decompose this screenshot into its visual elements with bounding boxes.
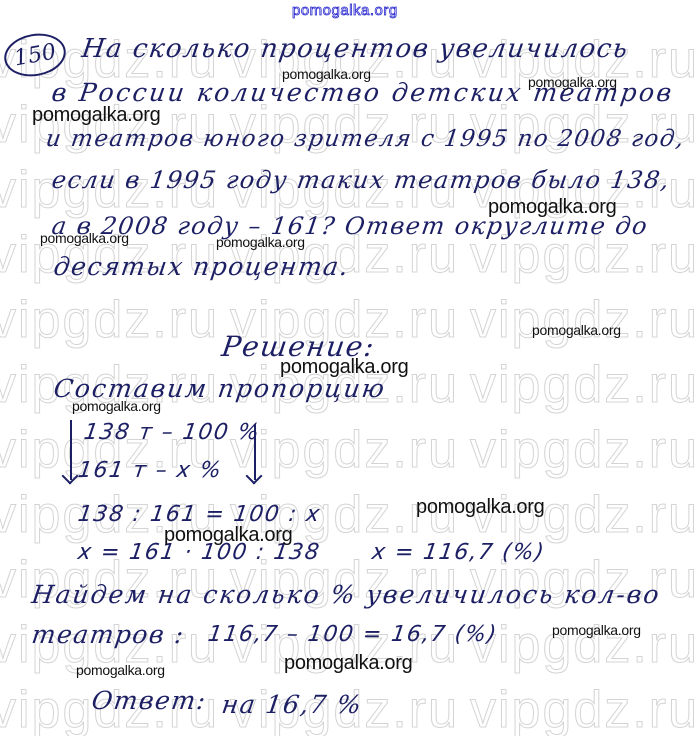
- overlay-watermark: pomogalka.org: [528, 74, 617, 90]
- problem-statement-line: если в 1995 году таких театров было 138,: [50, 166, 672, 194]
- overlay-watermark: pomogalka.org: [416, 496, 544, 519]
- overlay-watermark: pomogalka.org: [72, 398, 161, 414]
- overlay-watermark: pomogalka.org: [284, 652, 412, 675]
- background-watermark: vipgdz.ru: [470, 680, 699, 736]
- overlay-watermark: pomogalka.org: [552, 622, 641, 638]
- overlay-watermark: pomogalka.org: [32, 104, 160, 127]
- overlay-watermark: pomogalka.org: [76, 662, 165, 678]
- overlay-watermark: pomogalka.org: [282, 66, 371, 82]
- proportion-line: 161 т – x %: [76, 458, 224, 483]
- overlay-watermark: pomogalka.org: [280, 356, 408, 379]
- down-arrow-icon: [70, 420, 72, 480]
- background-watermark: vipgdz.ru: [470, 420, 699, 480]
- background-watermark: vipgdz.ru: [0, 290, 219, 350]
- result: x = 116,7 (%): [370, 540, 546, 565]
- header-site-watermark: pomogalka.org: [292, 2, 398, 19]
- background-watermark: vipgdz.ru: [470, 355, 699, 415]
- difference-calc: 116,7 – 100 = 16,7 (%): [206, 622, 499, 647]
- problem-statement-line: На сколько процентов увеличилось: [80, 34, 631, 64]
- overlay-watermark: pomogalka.org: [40, 230, 129, 246]
- overlay-watermark: pomogalka.org: [532, 322, 621, 338]
- problem-statement-line: десятых процента.: [52, 252, 351, 281]
- find-line: Найдем на сколько % увеличилось кол-во: [30, 580, 663, 609]
- overlay-watermark: pomogalka.org: [488, 196, 616, 219]
- overlay-watermark: pomogalka.org: [164, 524, 292, 547]
- proportion-line: 138 т – 100 %: [82, 420, 262, 445]
- background-watermark: vipgdz.ru: [470, 290, 699, 350]
- answer-value: на 16,7 %: [220, 690, 364, 719]
- problem-statement-line: и театров юного зрителя с 1995 по 2008 г…: [44, 126, 686, 152]
- homework-page: vipgdz.ru vipgdz.ru vipgdz.ru vipgdz.ru …: [0, 0, 700, 736]
- background-watermark: vipgdz.ru: [230, 420, 459, 480]
- find-line-label: театров :: [30, 620, 187, 649]
- overlay-watermark: pomogalka.org: [216, 234, 305, 250]
- answer-label: Ответ:: [90, 686, 209, 715]
